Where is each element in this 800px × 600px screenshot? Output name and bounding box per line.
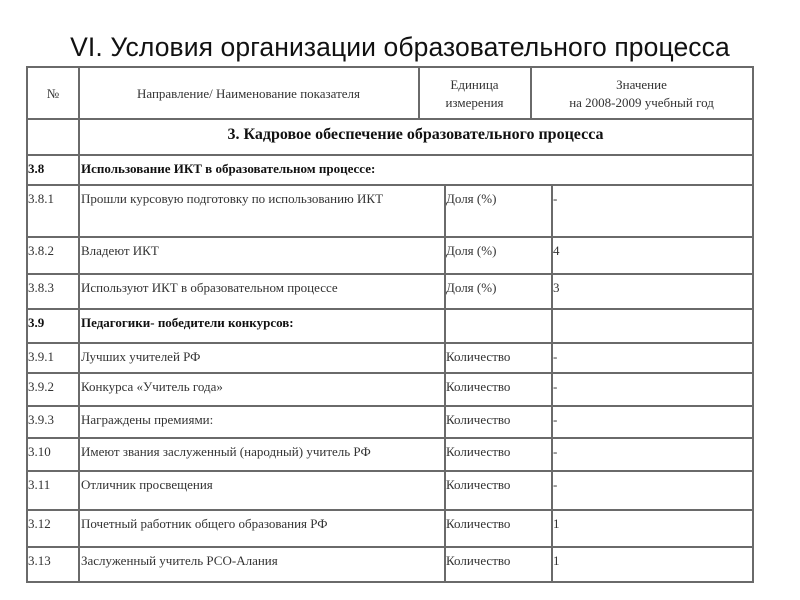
grid-line <box>26 66 28 583</box>
row-value: 4 <box>553 242 751 259</box>
grid-line <box>78 66 80 120</box>
row-indicator-name: Заслуженный учитель РСО-Алания <box>81 552 447 569</box>
row-indicator-name: Владеют ИКТ <box>81 242 447 259</box>
row-unit: Количество <box>446 476 551 493</box>
grid-line <box>26 184 754 186</box>
row-value: - <box>553 190 751 207</box>
row-unit: Количество <box>446 348 551 365</box>
row-indicator-name: Педагогики- победители конкурсов: <box>81 314 447 331</box>
grid-line <box>551 184 553 583</box>
section-title: 3. Кадровое обеспечение образовательного… <box>79 125 752 145</box>
row-indicator-name: Отличник просвещения <box>81 476 447 493</box>
grid-line <box>26 437 754 439</box>
row-indicator-name: Используют ИКТ в образовательном процесс… <box>81 279 447 296</box>
header-name: Направление/ Наименование показателя <box>79 85 418 102</box>
grid-line <box>26 66 754 68</box>
row-value: - <box>553 378 751 395</box>
row-indicator-name: Лучших учителей РФ <box>81 348 447 365</box>
grid-line <box>26 546 754 548</box>
grid-line <box>26 470 754 472</box>
row-value: - <box>553 476 751 493</box>
row-number: 3.8 <box>28 160 78 177</box>
row-unit: Количество <box>446 378 551 395</box>
header-value-1: Значение <box>531 76 752 93</box>
row-number: 3.8.1 <box>28 190 78 207</box>
row-indicator-name: Использование ИКТ в образовательном проц… <box>81 160 751 177</box>
row-indicator-name: Награждены премиями: <box>81 411 447 428</box>
row-unit: Количество <box>446 552 551 569</box>
row-value: - <box>553 411 751 428</box>
grid-line <box>418 66 420 120</box>
header-unit-1: Единица <box>419 76 530 93</box>
row-indicator-name: Имеют звания заслуженный (народный) учит… <box>81 443 447 460</box>
grid-line <box>26 236 754 238</box>
grid-line <box>530 66 532 120</box>
row-number: 3.9.3 <box>28 411 78 428</box>
row-number: 3.11 <box>28 476 78 493</box>
row-indicator-name: Почетный работник общего образования РФ <box>81 515 447 532</box>
grid-line <box>26 509 754 511</box>
row-indicator-name: Конкурса «Учитель года» <box>81 378 447 395</box>
row-number: 3.12 <box>28 515 78 532</box>
grid-line <box>26 581 754 583</box>
row-unit: Количество <box>446 515 551 532</box>
grid-line <box>26 405 754 407</box>
grid-line <box>26 273 754 275</box>
header-value-2: на 2008-2009 учебный год <box>531 94 752 111</box>
row-unit: Количество <box>446 443 551 460</box>
row-unit: Доля (%) <box>446 190 551 207</box>
row-value: 1 <box>553 515 751 532</box>
header-num: № <box>28 85 78 102</box>
row-unit: Количество <box>446 411 551 428</box>
grid-line <box>26 342 754 344</box>
row-number: 3.13 <box>28 552 78 569</box>
grid-line <box>26 154 754 156</box>
row-number: 3.9.1 <box>28 348 78 365</box>
row-value: - <box>553 348 751 365</box>
row-value: - <box>553 443 751 460</box>
row-value: 3 <box>553 279 751 296</box>
row-indicator-name: Прошли курсовую подготовку по использова… <box>81 190 447 207</box>
grid-line <box>78 118 80 583</box>
row-number: 3.8.2 <box>28 242 78 259</box>
row-number: 3.10 <box>28 443 78 460</box>
grid-line <box>26 118 754 120</box>
header-unit-2: измерения <box>419 94 530 111</box>
grid-line <box>26 372 754 374</box>
indicators-table: № Направление/ Наименование показателя Е… <box>0 0 800 600</box>
grid-line <box>752 66 754 583</box>
row-value: 1 <box>553 552 751 569</box>
grid-line <box>444 184 446 583</box>
grid-line <box>26 308 754 310</box>
row-number: 3.9.2 <box>28 378 78 395</box>
row-number: 3.9 <box>28 314 78 331</box>
row-unit: Доля (%) <box>446 279 551 296</box>
row-number: 3.8.3 <box>28 279 78 296</box>
row-unit: Доля (%) <box>446 242 551 259</box>
